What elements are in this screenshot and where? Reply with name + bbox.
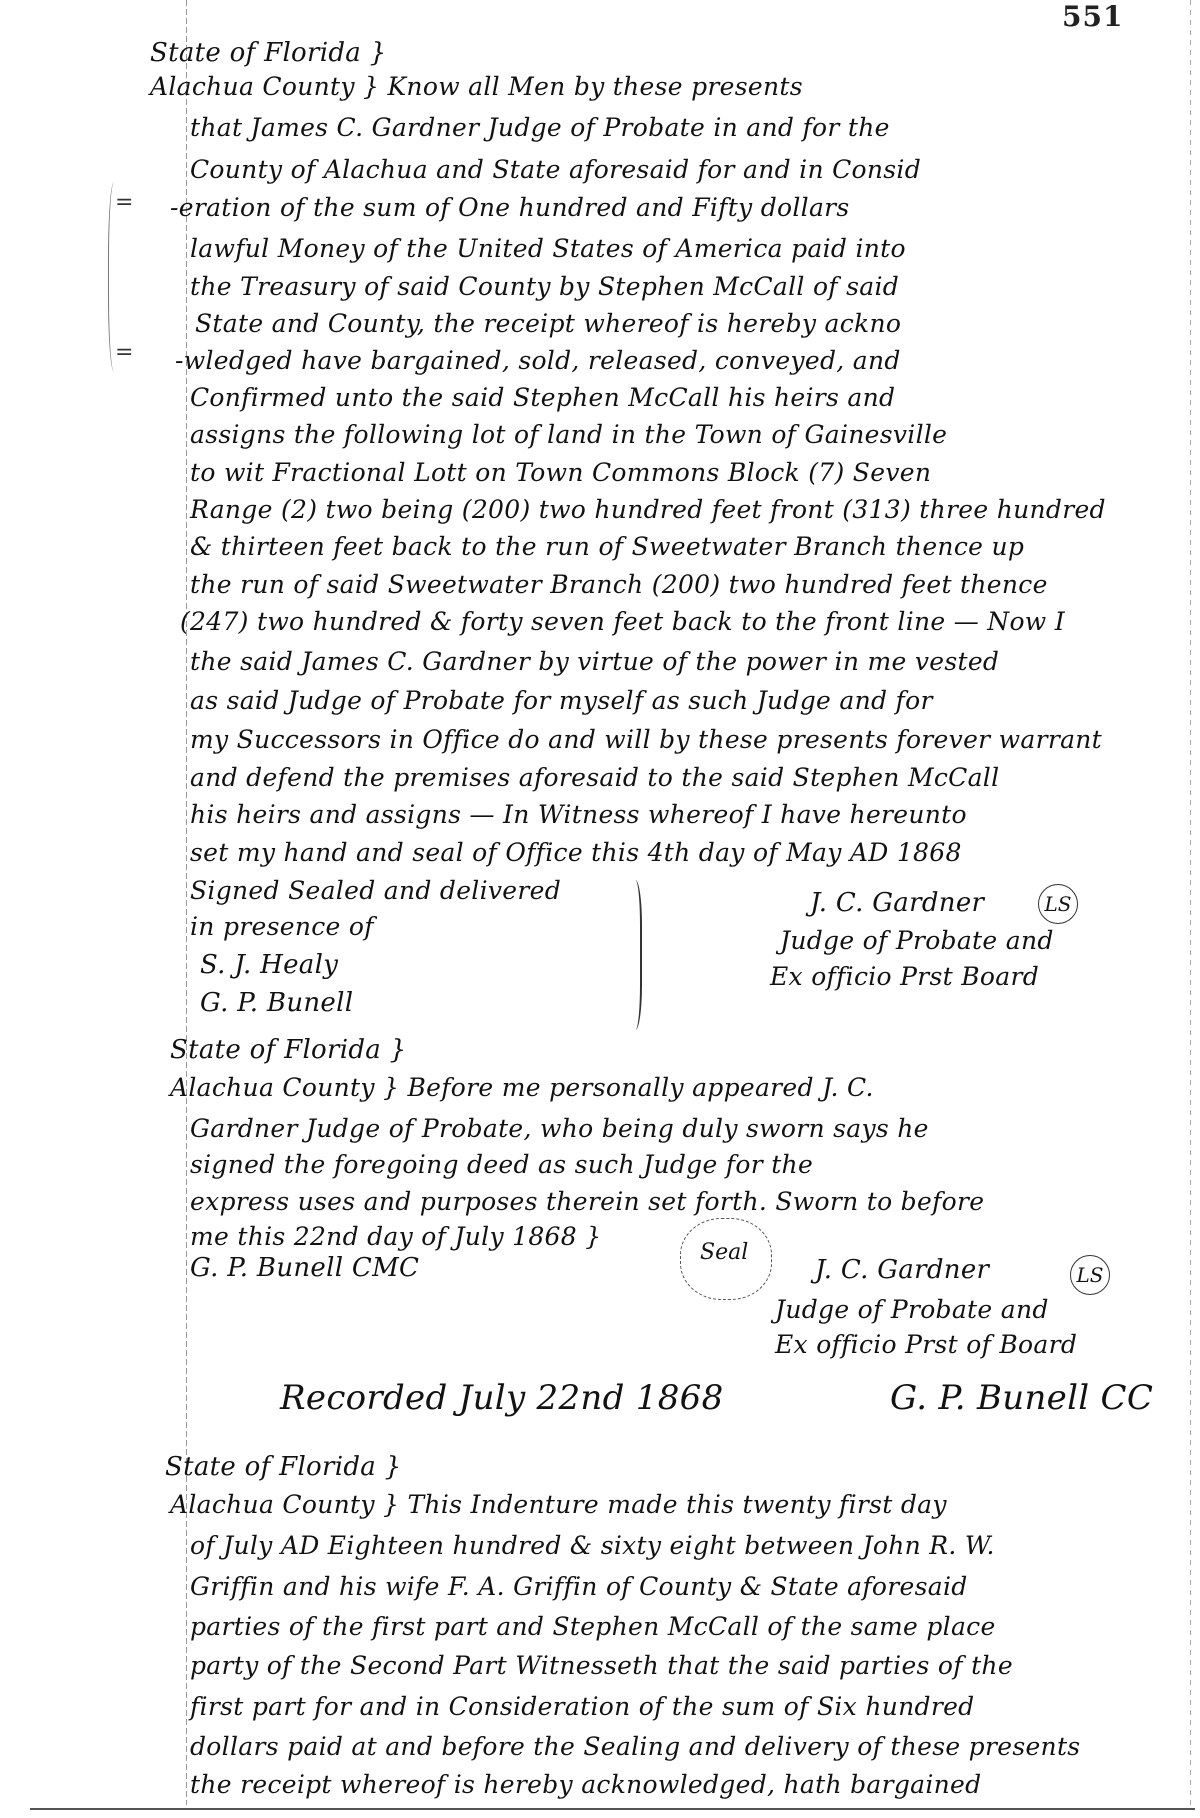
judge-title: Judge of Probate and [780, 926, 1054, 955]
judge-signature: J. C. Gardner [815, 1255, 989, 1285]
bracket-flourish [620, 880, 642, 1030]
indenture-line: parties of the first part and Stephen Mc… [190, 1612, 996, 1641]
margin-hyphen-mark: = [115, 190, 133, 215]
witness-signature: G. P. Bunell [200, 988, 353, 1018]
deed-line: (247) two hundred & forty seven feet bac… [180, 607, 1065, 636]
judge-title: Ex officio Prst Board [770, 962, 1039, 991]
left-margin-rule [186, 0, 187, 1805]
judge-title: Ex officio Prst of Board [775, 1330, 1077, 1359]
acknowledgement-line: Gardner Judge of Probate, who being duly… [190, 1114, 929, 1143]
indenture-line: Griffin and his wife F. A. Griffin of Co… [190, 1572, 968, 1601]
recording-clerk-signature: G. P. Bunell CC [890, 1378, 1153, 1418]
deed-line: as said Judge of Probate for myself as s… [190, 686, 933, 715]
indenture-line: of July AD Eighteen hundred & sixty eigh… [190, 1531, 995, 1560]
state-heading: State of Florida } [150, 38, 387, 68]
acknowledgement-line: express uses and purposes therein set fo… [190, 1187, 984, 1216]
state-heading: State of Florida } [170, 1035, 407, 1065]
deed-line: my Successors in Office do and will by t… [190, 725, 1102, 754]
indenture-line: Alachua County } This Indenture made thi… [170, 1490, 947, 1519]
deed-line: that James C. Gardner Judge of Probate i… [190, 113, 890, 142]
deed-line: the Treasury of said County by Stephen M… [190, 272, 899, 301]
right-page-edge [1190, 0, 1191, 1805]
judge-title: Judge of Probate and [775, 1295, 1049, 1324]
deed-line: Alachua County } Know all Men by these p… [150, 72, 803, 101]
deed-line: his heirs and assigns — In Witness where… [190, 800, 967, 829]
deed-line: -wledged have bargained, sold, released,… [175, 346, 901, 375]
deed-line: Range (2) two being (200) two hundred fe… [190, 495, 1106, 524]
margin-hyphen-mark: = [115, 340, 133, 365]
deed-line: the run of said Sweetwater Branch (200) … [190, 570, 1048, 599]
deed-line: set my hand and seal of Office this 4th … [190, 838, 962, 867]
deed-line: County of Alachua and State aforesaid fo… [190, 155, 921, 184]
deed-line: -eration of the sum of One hundred and F… [170, 193, 850, 222]
deed-line: Confirmed unto the said Stephen McCall h… [190, 383, 895, 412]
bottom-page-edge [30, 1808, 1195, 1810]
clerk-signature: G. P. Bunell CMC [190, 1253, 419, 1283]
deed-line: and defend the premises aforesaid to the… [190, 763, 999, 792]
deed-line: Signed Sealed and delivered [190, 876, 561, 905]
deed-line: to wit Fractional Lott on Town Commons B… [190, 458, 931, 487]
deed-record-page: 551 = = State of Florida } Alachua Count… [0, 0, 1200, 1818]
state-heading: State of Florida } [165, 1452, 402, 1482]
indenture-line: party of the Second Part Witnesseth that… [190, 1651, 1013, 1680]
indenture-line: the receipt whereof is hereby acknowledg… [190, 1770, 981, 1799]
recorded-date: Recorded July 22nd 1868 [280, 1378, 724, 1418]
seal-ls-mark: LS [1070, 1255, 1110, 1295]
indenture-line: dollars paid at and before the Sealing a… [190, 1732, 1080, 1761]
seal-ls-mark: LS [1038, 884, 1078, 924]
judge-signature: J. C. Gardner [810, 888, 984, 918]
deed-line: the said James C. Gardner by virtue of t… [190, 647, 999, 676]
witness-label: in presence of [190, 912, 374, 941]
page-number: 551 [1062, 0, 1123, 33]
deed-line: assigns the following lot of land in the… [190, 420, 947, 449]
deed-line: & thirteen feet back to the run of Sweet… [190, 532, 1024, 561]
indenture-line: first part for and in Consideration of t… [190, 1692, 974, 1721]
deed-line: lawful Money of the United States of Ame… [190, 234, 906, 263]
acknowledgement-line: Alachua County } Before me personally ap… [170, 1073, 874, 1102]
seal-label: Seal [700, 1240, 748, 1265]
deed-line: State and County, the receipt whereof is… [195, 309, 901, 338]
acknowledgement-line: me this 22nd day of July 1868 } [190, 1222, 601, 1251]
witness-signature: S. J. Healy [200, 950, 338, 980]
acknowledgement-line: signed the foregoing deed as such Judge … [190, 1150, 813, 1179]
